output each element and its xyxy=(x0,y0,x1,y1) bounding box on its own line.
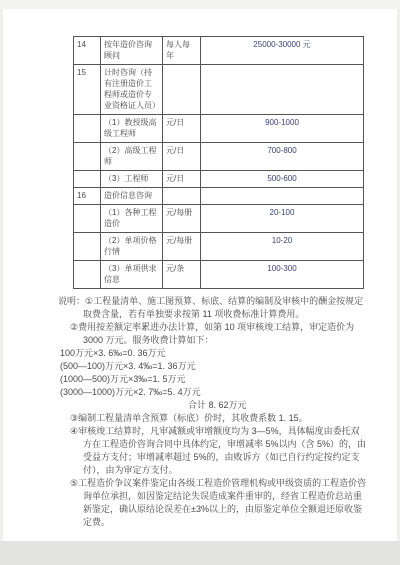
item-cell: （3）工程师 xyxy=(101,171,163,188)
note-4: ④审核竣工结算时，凡审减额或审增额度均为 3—5%，具体幅度由委托双方在工程造价… xyxy=(70,425,367,477)
note-3: ③编制工程量清单含预算（标底）价时，其收费系数 1. 15。 xyxy=(70,412,367,425)
notes-block: 说明：①工程量清单、施工图预算、标底、结算的编制及审核中的酬金按规定取费含量，若… xyxy=(58,295,367,529)
fee-table: 14 按年造价咨询顾问 每人每年 25000-30000 元 15 计时咨询（持… xyxy=(73,36,364,289)
note-1: 说明：①工程量清单、施工图预算、标底、结算的编制及审核中的酬金按规定取费含量，若… xyxy=(58,295,367,321)
row-no-cell xyxy=(74,115,101,143)
row-no-cell xyxy=(74,143,101,171)
fee-cell: 25000-30000 元 xyxy=(201,37,364,65)
unit-cell: 每人每年 xyxy=(163,37,201,65)
fee-cell: 10-20 xyxy=(201,233,364,261)
unit-cell: 元/每册 xyxy=(163,205,201,233)
item-cell: （1）各种工程造价 xyxy=(101,205,163,233)
table-row: （2）高级工程师 元/日 700-800 xyxy=(74,143,364,171)
unit-cell: 元/日 xyxy=(163,143,201,171)
fee-cell: 20-100 xyxy=(201,205,364,233)
calc-total: 合计 8. 62万元 xyxy=(188,399,367,412)
table-row: （3）单项供求信息 元/条 100-300 xyxy=(74,261,364,289)
fee-cell: 700-800 xyxy=(201,143,364,171)
unit-cell: 元/条 xyxy=(163,261,201,289)
table-row: （1）教授级高级工程师 元/日 900-1000 xyxy=(74,115,364,143)
row-no-cell xyxy=(74,205,101,233)
calc-line: (1000—500)万元×3‰=1. 5万元 xyxy=(60,373,367,386)
row-no-cell: 14 xyxy=(74,37,101,65)
row-no-cell xyxy=(74,171,101,188)
fee-cell xyxy=(201,65,364,115)
item-cell: 按年造价咨询顾问 xyxy=(101,37,163,65)
fee-cell: 900-1000 xyxy=(201,115,364,143)
unit-cell: 元/日 xyxy=(163,171,201,188)
unit-cell xyxy=(163,188,201,205)
calc-line: (500—100)万元×3. 4‰=1. 36万元 xyxy=(60,360,367,373)
row-no-cell: 16 xyxy=(74,188,101,205)
document-page: 14 按年造价咨询顾问 每人每年 25000-30000 元 15 计时咨询（持… xyxy=(3,9,397,541)
calc-block: 100万元×3. 6‰=0. 36万元 (500—100)万元×3. 4‰=1.… xyxy=(58,347,367,412)
item-cell: 造价信息咨询 xyxy=(101,188,163,205)
item-cell: （2）单项价格行情 xyxy=(101,233,163,261)
item-cell: 计时咨询（持有注册造价工程师或造价专业资格证人员） xyxy=(101,65,163,115)
table-row: 15 计时咨询（持有注册造价工程师或造价专业资格证人员） xyxy=(74,65,364,115)
table-row: （3）工程师 元/日 500-600 xyxy=(74,171,364,188)
unit-cell xyxy=(163,65,201,115)
top-gray-strip xyxy=(0,0,400,9)
table-row: 16 造价信息咨询 xyxy=(74,188,364,205)
row-no-cell xyxy=(74,261,101,289)
table-row: （2）单项价格行情 元/每册 10-20 xyxy=(74,233,364,261)
row-no-cell: 15 xyxy=(74,65,101,115)
item-cell: （2）高级工程师 xyxy=(101,143,163,171)
fee-cell: 500-600 xyxy=(201,171,364,188)
item-cell: （3）单项供求信息 xyxy=(101,261,163,289)
note-5: ⑤工程造价争议案件鉴定由各级工程造价管理机构或甲级资质的工程造价咨询单位承担，如… xyxy=(70,477,367,529)
calc-line: (3000—1000)万元×2. 7‰=5. 4万元 xyxy=(60,386,367,399)
note-2: ②费用按差额定率累进办法计算，如第 10 项审核竣工结算，审定造价为 3000 … xyxy=(70,321,367,347)
unit-cell: 元/日 xyxy=(163,115,201,143)
item-cell: （1）教授级高级工程师 xyxy=(101,115,163,143)
bottom-gray-strip xyxy=(0,541,400,565)
unit-cell: 元/每册 xyxy=(163,233,201,261)
row-no-cell xyxy=(74,233,101,261)
table-row: 14 按年造价咨询顾问 每人每年 25000-30000 元 xyxy=(74,37,364,65)
table-row: （1）各种工程造价 元/每册 20-100 xyxy=(74,205,364,233)
page-background: 14 按年造价咨询顾问 每人每年 25000-30000 元 15 计时咨询（持… xyxy=(0,0,400,565)
fee-cell: 100-300 xyxy=(201,261,364,289)
fee-cell xyxy=(201,188,364,205)
calc-line: 100万元×3. 6‰=0. 36万元 xyxy=(60,347,367,360)
